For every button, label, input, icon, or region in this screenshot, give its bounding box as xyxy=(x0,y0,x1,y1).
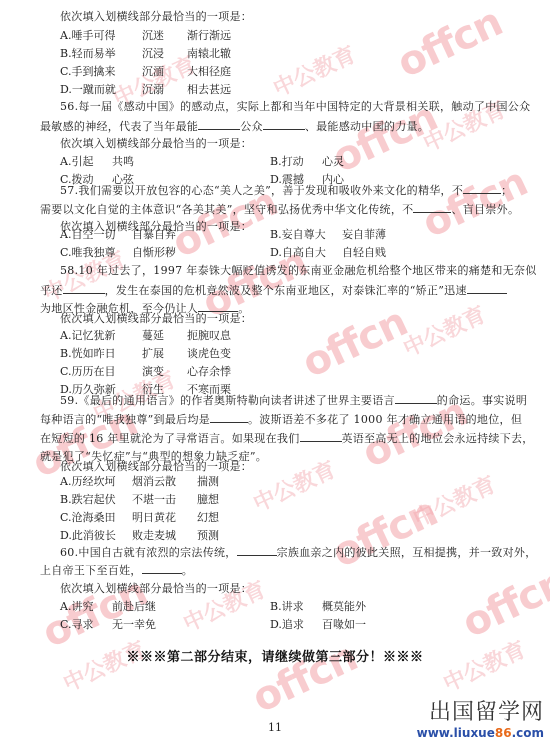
fill-blank xyxy=(467,283,507,294)
text-segment: 。波斯语差不多花了 1000 年才确立通用语的地位，但 xyxy=(248,413,522,426)
text-segment: 59.《最后的通用语言》的作者奥斯特勒向读者讲述了世界主要语言 xyxy=(60,394,395,407)
exam-page: offcn 中公教育 中公教育 offcn 中公教育 offcn offcn 中… xyxy=(0,0,550,751)
watermark-zhonggong: 中公教育 xyxy=(268,38,361,103)
option-d-word-2: 自轻自贱 xyxy=(342,246,386,260)
fill-blank xyxy=(63,283,105,294)
option-word-1: A.唾手可得 xyxy=(60,29,115,42)
option-b-word-3: 臆想 xyxy=(197,493,219,507)
option-b-word-2: 不堪一击 xyxy=(132,493,176,507)
option-b-word-2: 心灵 xyxy=(322,155,344,169)
option-c: C.手到擒来 xyxy=(60,65,116,79)
option-b-word-2: 沉浸 xyxy=(142,47,164,61)
text-segment: 最敏感的神经，代表了当年最能 xyxy=(40,120,198,133)
watermark-offcn: offcn xyxy=(390,0,509,87)
option-a: A.历经坎坷 xyxy=(60,475,115,489)
fill-blank xyxy=(463,183,501,194)
option-d: D.一蹴而就 xyxy=(60,83,116,97)
option-b: B.恍如昨日 xyxy=(60,347,116,361)
text-segment: ； xyxy=(501,184,512,197)
fill-blank xyxy=(198,119,240,130)
watermark-zhonggong: 中公教育 xyxy=(408,468,501,533)
option-b-word-2: 概莫能外 xyxy=(322,600,366,614)
option-b-word-2: 妄自菲薄 xyxy=(342,228,386,242)
text-segment: 57.我们需要以开放包容的心态“美人之美”，善于发现和吸收外来文化的精华，不 xyxy=(60,184,463,197)
option-b: B.打动 xyxy=(270,155,304,169)
text-segment: 、盲目崇外。 xyxy=(451,203,519,216)
question-60-text-2: 上自帝王下至百姓，。 xyxy=(40,563,193,578)
option-c: C.寻求 xyxy=(60,618,94,632)
url-highlight: 86 xyxy=(495,726,512,740)
watermark-offcn: offcn xyxy=(295,299,414,387)
text-segment: 公众 xyxy=(240,120,263,133)
fill-blank xyxy=(263,119,305,130)
text-segment: 60.中国自古就有浓烈的宗法传统， xyxy=(60,546,237,559)
text-segment: 宗族血亲之内的彼此关照，互相提携，并一致对外， xyxy=(277,546,537,559)
text-segment: 、最能感动中国的力量。 xyxy=(305,120,429,133)
option-d-word-3: 相去甚远 xyxy=(187,83,231,97)
text-segment: ，发生在泰国的危机竟然波及整个东南亚地区，对泰铢汇率的“矫正”迅速 xyxy=(105,284,467,297)
text-segment: 的命运。事实说明 xyxy=(437,394,527,407)
question-59-text-2: 每种语言的“唯我独尊”到最后均是。波斯语差不多花了 1000 年才确立通用语的地… xyxy=(40,412,522,427)
option-c-word-2: 明日黄花 xyxy=(132,511,176,525)
option-b: B.轻而易举 xyxy=(60,47,116,61)
watermark-zhonggong: 中公教育 xyxy=(58,633,151,698)
option-a: A.唾手可得 xyxy=(60,29,115,43)
fill-blank xyxy=(413,202,451,213)
question-prompt: 依次填入划横线部分最恰当的一项是： xyxy=(60,10,252,24)
option-a: A.引起 xyxy=(60,155,93,169)
option-c: C.历历在目 xyxy=(60,365,116,379)
option-d: D.此消彼长 xyxy=(60,529,116,543)
fill-blank xyxy=(210,412,248,423)
watermark-offcn: offcn xyxy=(325,489,444,577)
option-c: C.唯我独尊 xyxy=(60,246,116,260)
text-segment: 上自帝王下至百姓， xyxy=(40,564,142,577)
option-a-word-2: 烟消云散 xyxy=(132,475,176,489)
question-58-text-2: 乎还，发生在泰国的危机竟然波及整个东南亚地区，对泰铢汇率的“矫正”迅速 xyxy=(40,283,507,298)
option-d: D.追求 xyxy=(270,618,304,632)
option-a-word-2: 共鸣 xyxy=(112,155,134,169)
watermark-zhonggong: 中公教育 xyxy=(438,633,531,698)
watermark-offcn: offcn xyxy=(455,559,550,647)
watermark-zhonggong: 中公教育 xyxy=(398,298,491,363)
option-a: A.目空一切 xyxy=(60,228,115,242)
site-logo-name: 出国留学网 xyxy=(417,700,544,726)
option-a: A.记忆犹新 xyxy=(60,329,115,343)
question-57-text: 57.我们需要以开放包容的心态“美人之美”，善于发现和吸收外来文化的精华，不； xyxy=(60,183,512,198)
option-d-word-2: 沉溺 xyxy=(142,83,164,97)
option-c-word-2: 无一幸免 xyxy=(112,618,156,632)
site-logo: 出国留学网 www.liuxue86.com xyxy=(417,700,544,740)
site-logo-url: www.liuxue86.com xyxy=(417,726,544,740)
question-prompt: 依次填入划横线部分最恰当的一项是： xyxy=(60,312,252,326)
question-56-text: 56.每一届《感动中国》的感动点，实际上都和当年中国特定的大背景相关联，触动了中… xyxy=(60,100,530,114)
option-d-word-2: 百喙如一 xyxy=(322,618,366,632)
option-b: B.跌宕起伏 xyxy=(60,493,116,507)
option-b: B.妄自尊大 xyxy=(270,228,326,242)
fill-blank xyxy=(142,563,182,574)
option-b: B.讲求 xyxy=(270,600,304,614)
url-suffix: .com xyxy=(512,726,544,740)
option-b-word-2: 扩展 xyxy=(142,347,164,361)
option-a-word-3: 揣测 xyxy=(197,475,219,489)
question-prompt: 依次填入划横线部分最恰当的一项是： xyxy=(60,460,252,474)
option-a: A.讲究 xyxy=(60,600,93,614)
option-b-word-3: 南辕北辙 xyxy=(187,47,231,61)
text-segment: 。 xyxy=(182,564,193,577)
option-c-word-2: 沉湎 xyxy=(142,65,164,79)
url-prefix: www.liuxue xyxy=(417,726,495,740)
option-d: D.自高自大 xyxy=(270,246,326,260)
question-57-text-2: 需要以文化自觉的主体意识“各美其美”，坚守和弘扬优秀中华文化传统，不、盲目崇外。 xyxy=(40,202,519,217)
question-58-text: 58.10 年过去了，1997 年泰铢大幅贬值诱发的东南亚金融危机给整个地区带来… xyxy=(60,264,537,278)
option-a-word-2: 蔓延 xyxy=(142,329,164,343)
text-segment: 需要以文化自觉的主体意识“各美其美”，坚守和弘扬优秀中华文化传统，不 xyxy=(40,203,413,216)
option-c-word-3: 幻想 xyxy=(197,511,219,525)
option-d-word-2: 败走麦城 xyxy=(132,529,176,543)
question-59-text-3: 在短短的 16 年里就沦为了寻常语言。如果现在我们英语至高无上的地位会永远持续下… xyxy=(40,431,534,446)
option-b-word-3: 谈虎色变 xyxy=(187,347,231,361)
fill-blank xyxy=(395,393,437,404)
text-segment: 乎还 xyxy=(40,284,63,297)
section-end-notice: ※※※第二部分结束，请继续做第三部分！※※※ xyxy=(0,646,550,665)
option-d-word-3: 预测 xyxy=(197,529,219,543)
option-c-word-3: 心存余悸 xyxy=(187,365,231,379)
option-a-word-2: 前赴后继 xyxy=(112,600,156,614)
fill-blank xyxy=(237,545,277,556)
option-c-word-3: 大相径庭 xyxy=(187,65,231,79)
option-a-word-3: 扼腕叹息 xyxy=(187,329,231,343)
fill-blank xyxy=(300,431,342,442)
text-segment: 每种语言的“唯我独尊”到最后均是 xyxy=(40,413,210,426)
option-a-word-2: 自暴自弃 xyxy=(132,228,176,242)
text-segment: 在短短的 16 年里就沦为了寻常语言。如果现在我们 xyxy=(40,432,300,445)
fill-blank xyxy=(198,301,238,312)
option-c-word-2: 演变 xyxy=(142,365,164,379)
question-prompt: 依次填入划横线部分最恰当的一项是： xyxy=(60,137,252,151)
question-59-text: 59.《最后的通用语言》的作者奥斯特勒向读者讲述了世界主要语言的命运。事实说明 xyxy=(60,393,527,408)
text-segment: 英语至高无上的地位会永远持续下去， xyxy=(342,432,534,445)
option-c: C.沧海桑田 xyxy=(60,511,116,525)
question-56-text-2: 最敏感的神经，代表了当年最能公众、最能感动中国的力量。 xyxy=(40,119,429,134)
option-a-word-2: 沉迷 xyxy=(142,29,164,43)
question-60-text: 60.中国自古就有浓烈的宗法传统，宗族血亲之内的彼此关照，互相提携，并一致对外， xyxy=(60,545,537,560)
question-prompt: 依次填入划横线部分最恰当的一项是： xyxy=(60,582,252,596)
option-a-word-3: 渐行渐远 xyxy=(187,29,231,43)
option-c-word-2: 自惭形秽 xyxy=(132,246,176,260)
